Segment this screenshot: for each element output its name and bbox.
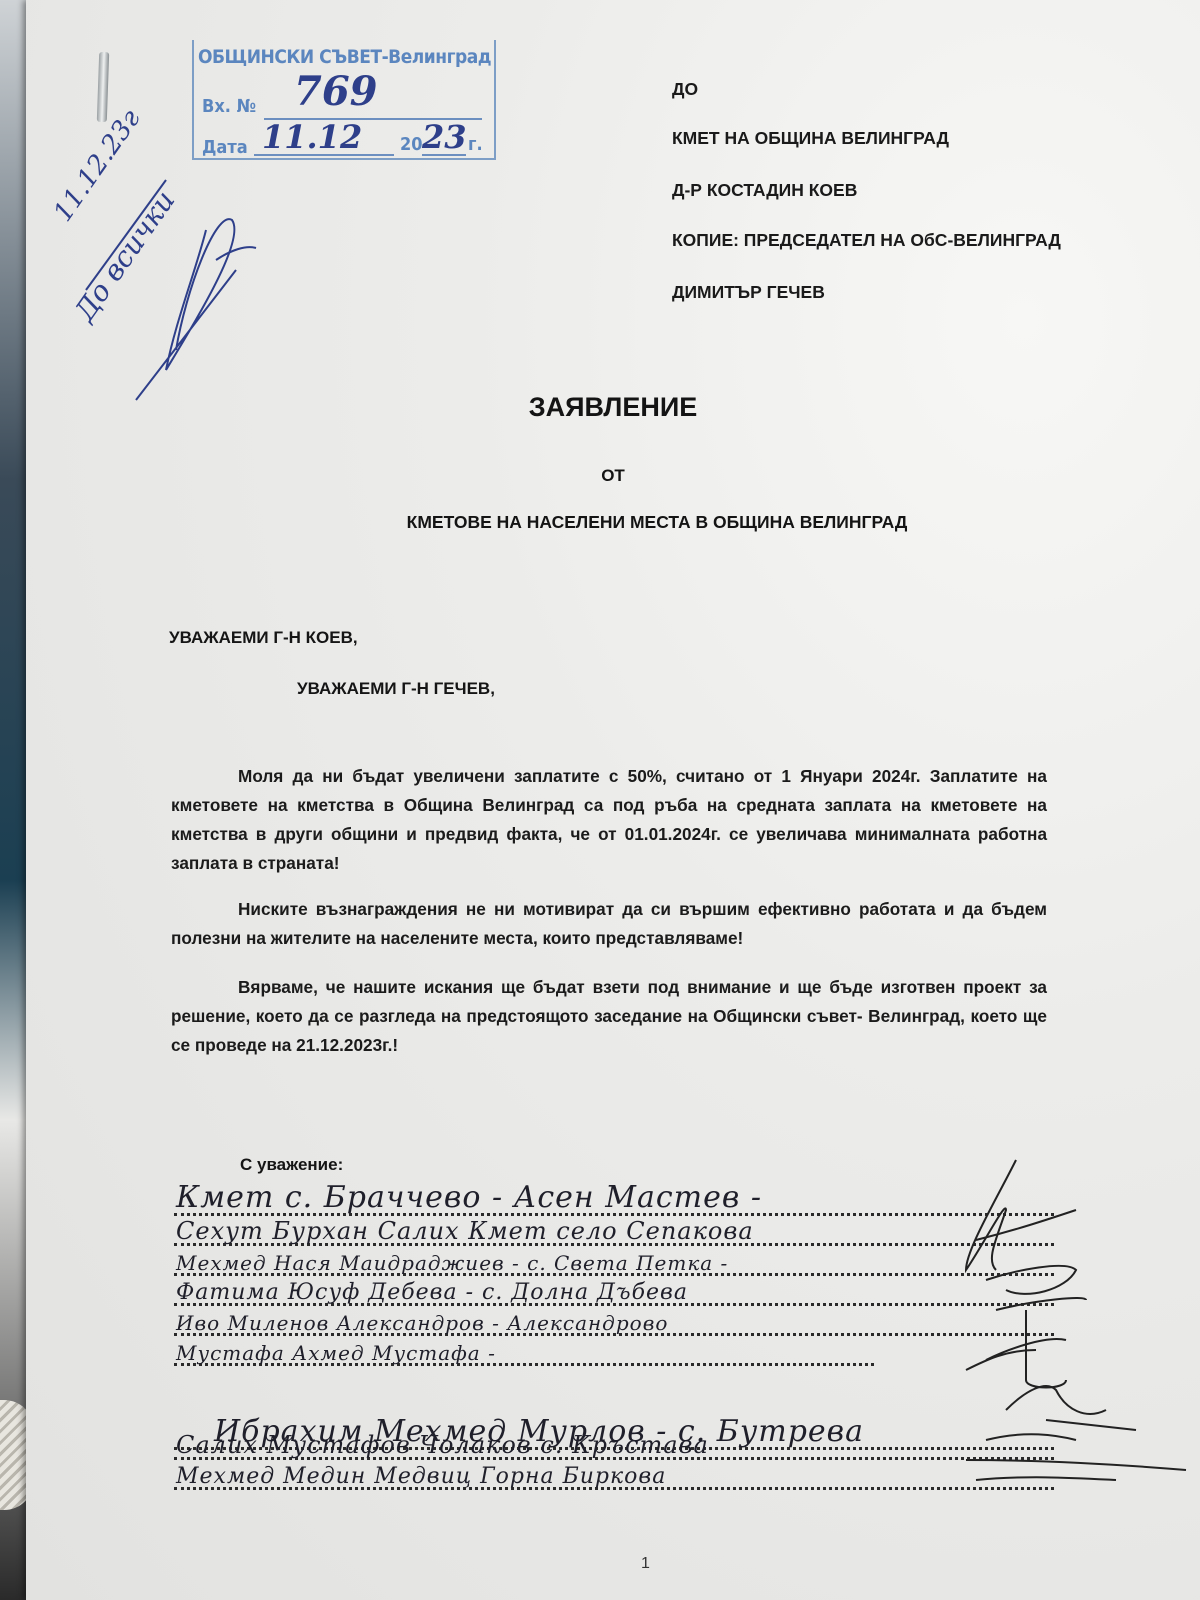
stamp-year-value: 23 [422,118,467,156]
addressee-line-4: ДИМИТЪР ГЕЧЕВ [672,282,825,303]
salutation-2: УВАЖАЕМИ Г-Н ГЕЧЕВ, [297,679,495,699]
body-paragraph-3: Вярваме, че нашите искания ще бъдат взет… [171,973,1047,1060]
stamp-incoming-label: Вх. № [202,96,256,117]
resolution-signature [56,150,256,410]
registration-stamp: ОБЩИНСКИ СЪВЕТ-Велинград Вх. № 769 Дата … [192,40,496,160]
stamp-year-prefix: 20 [400,134,423,155]
stamp-incoming-number: 769 [294,68,378,115]
document-title: ЗАЯВЛЕНИЕ [26,392,1200,423]
staple [97,52,109,122]
addressee-line-3: КОПИЕ: ПРЕДСЕДАТЕЛ НА ОбС-ВЕЛИНГРАД [672,230,1061,251]
closing-text: С уважение: [240,1155,343,1175]
body-paragraph-1: Моля да ни бъдат увеличени заплатите с 5… [171,762,1047,878]
stamp-date-value: 11.12 [262,118,362,156]
page-number: 1 [641,1555,650,1573]
body-paragraph-2: Ниските възнаграждения не ни мотивират д… [171,895,1047,953]
addressee-to: ДО [672,79,698,100]
stamp-year-unit: г. [468,134,483,155]
document-subtitle: КМЕТОВЕ НА НАСЕЛЕНИ МЕСТА В ОБЩИНА ВЕЛИН… [70,512,1200,533]
addressee-line-2: Д-Р КОСТАДИН КОЕВ [672,180,857,201]
stamp-organization: ОБЩИНСКИ СЪВЕТ-Велинград [198,46,491,68]
signature-marks [926,1160,1186,1500]
document-page: ОБЩИНСКИ СЪВЕТ-Велинград Вх. № 769 Дата … [26,0,1200,1600]
addressee-line-1: КМЕТ НА ОБЩИНА ВЕЛИНГРАД [672,128,949,149]
document-from: ОТ [26,466,1200,486]
salutation-1: УВАЖАЕМИ Г-Н КОЕВ, [169,628,358,648]
